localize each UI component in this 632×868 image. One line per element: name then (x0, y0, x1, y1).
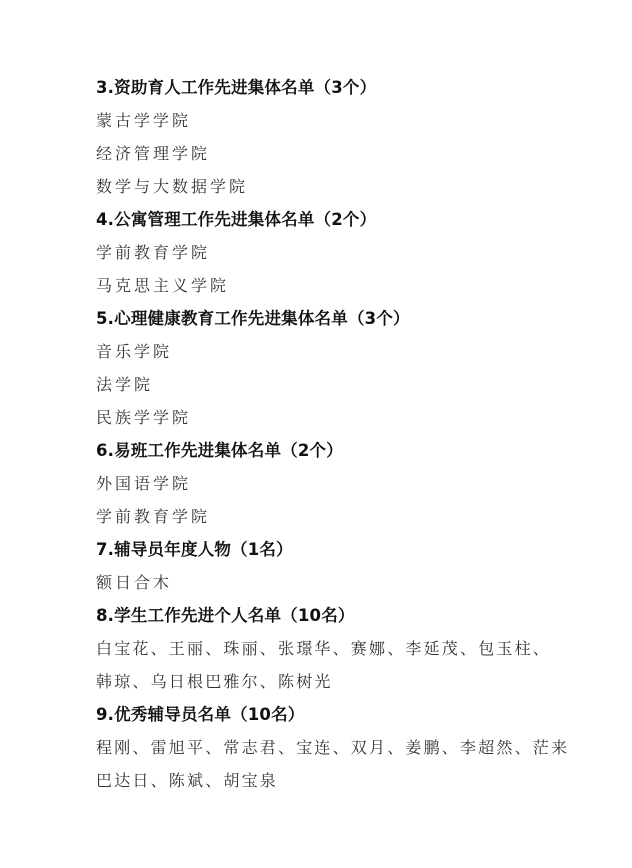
name-list-line: 白宝花、王丽、珠丽、张璟华、赛娜、李延茂、包玉柱、 (96, 635, 556, 668)
list-item: 数学与大数据学院 (96, 173, 556, 206)
list-item: 马克思主义学院 (96, 272, 556, 305)
section-heading: 7.辅导员年度人物（1名） (96, 536, 556, 569)
name-list-line: 巴达日、陈斌、胡宝泉 (96, 767, 556, 800)
list-item: 经济管理学院 (96, 140, 556, 173)
name-list-line: 程刚、雷旭平、常志君、宝连、双月、姜鹏、李超然、茫来 (96, 734, 556, 767)
section-heading: 3.资助育人工作先进集体名单（3个） (96, 74, 556, 107)
name-list-line: 韩琼、乌日根巴雅尔、陈树光 (96, 668, 556, 701)
section-heading: 4.公寓管理工作先进集体名单（2个） (96, 206, 556, 239)
list-item: 额日合木 (96, 569, 556, 602)
section-heading: 5.心理健康教育工作先进集体名单（3个） (96, 305, 556, 338)
list-item: 外国语学院 (96, 470, 556, 503)
list-item: 学前教育学院 (96, 503, 556, 536)
section-heading: 6.易班工作先进集体名单（2个） (96, 437, 556, 470)
list-item: 法学院 (96, 371, 556, 404)
document-page: 3.资助育人工作先进集体名单（3个） 蒙古学学院 经济管理学院 数学与大数据学院… (96, 74, 556, 800)
list-item: 民族学学院 (96, 404, 556, 437)
list-item: 蒙古学学院 (96, 107, 556, 140)
list-item: 音乐学院 (96, 338, 556, 371)
section-heading: 9.优秀辅导员名单（10名） (96, 701, 556, 734)
section-heading: 8.学生工作先进个人名单（10名） (96, 602, 556, 635)
list-item: 学前教育学院 (96, 239, 556, 272)
